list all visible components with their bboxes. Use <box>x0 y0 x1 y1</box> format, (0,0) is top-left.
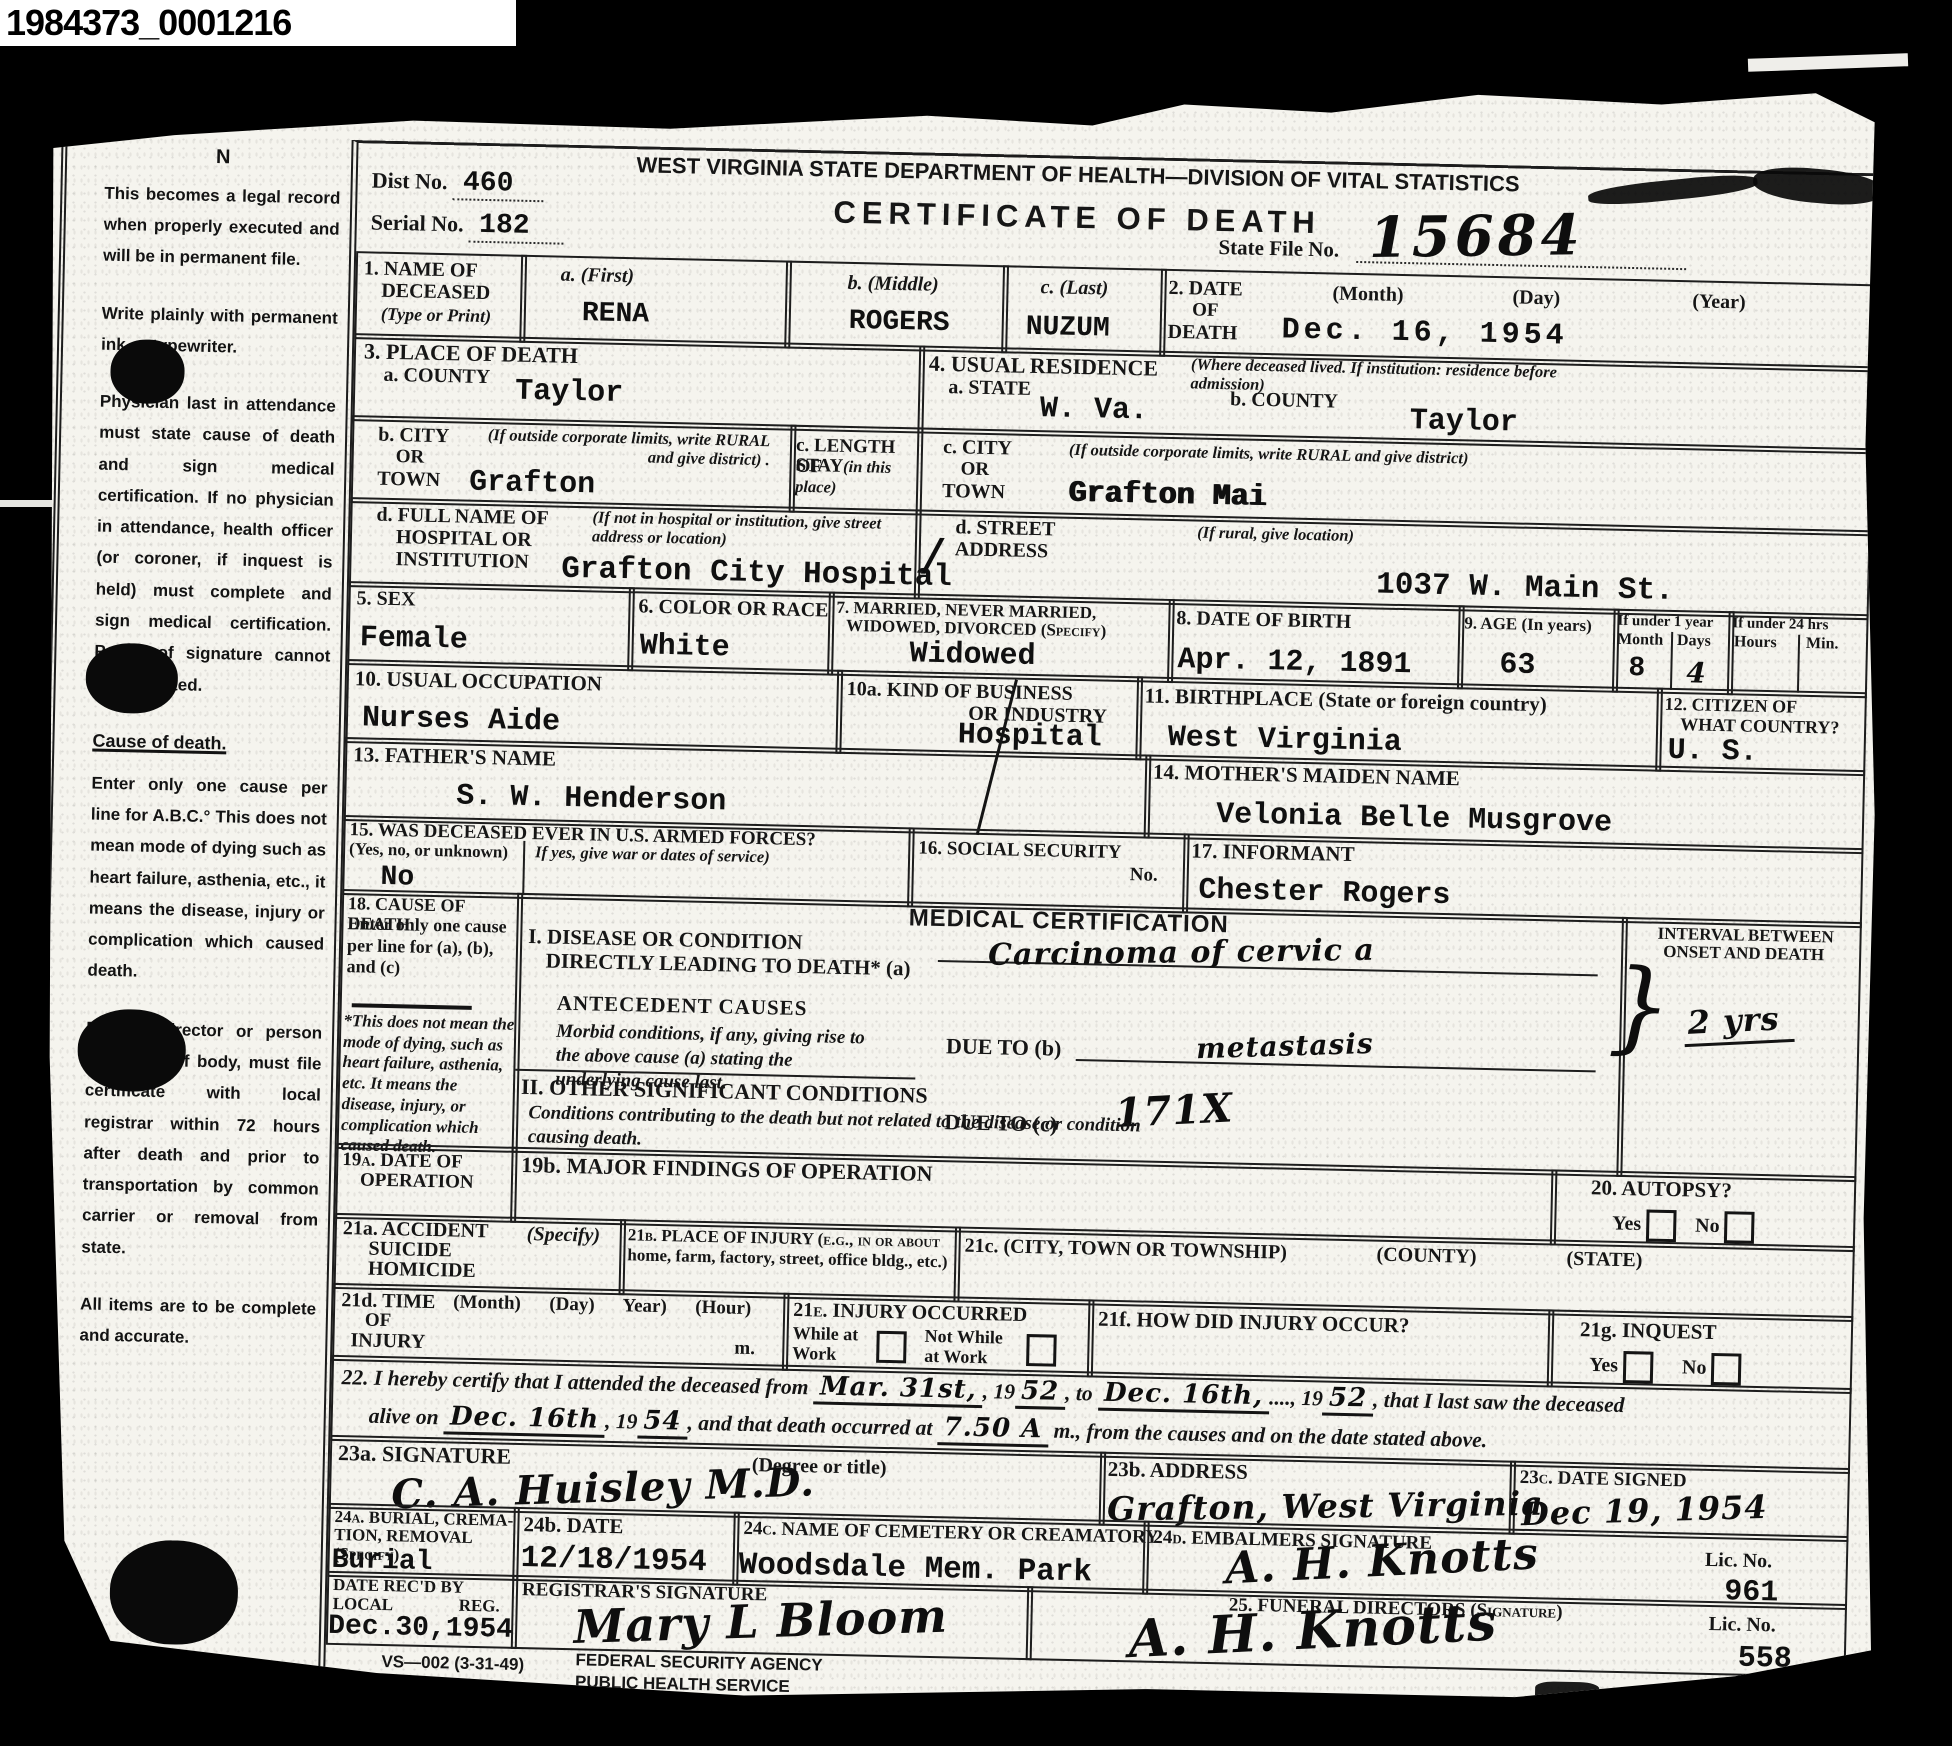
at-work-label: at Work <box>924 1346 988 1368</box>
cell-business: 10a. KIND OF BUSINESS OR INDUSTRY Hospit… <box>835 670 1143 761</box>
residence-state-value: W. Va. <box>1040 392 1149 428</box>
street-label-2: ADDRESS <box>955 538 1049 562</box>
cell-medical-certification: MEDICAL CERTIFICATION I. DISEASE OR COND… <box>512 893 1628 1177</box>
informant-value: Chester Rogers <box>1198 874 1451 913</box>
injury-county-label: (COUNTY) <box>1376 1244 1476 1269</box>
ssn-no-label: No. <box>1130 864 1158 886</box>
autopsy-options: Yes No <box>1612 1209 1755 1244</box>
father-label: 13. FATHER'S NAME <box>353 743 556 771</box>
state-file-no-label: State File No. <box>1218 236 1339 262</box>
business-label-1: 10a. KIND OF BUSINESS <box>847 678 1073 705</box>
last-name-value: NUZUM <box>1025 312 1110 345</box>
cell-cemetery: 24c. NAME OF CEMETERY OR CREAMATORY Wood… <box>732 1512 1150 1595</box>
name-sublabel: (Type or Print) <box>381 304 492 327</box>
accident-label-3: HOMICIDE <box>368 1258 476 1283</box>
race-value: White <box>639 629 730 665</box>
sidebar-cause-note: Enter only one cause per line for A.B.C.… <box>87 767 328 991</box>
scan-artifact-dash <box>0 500 58 507</box>
dist-no: Dist No. 460 <box>371 165 543 200</box>
inquest-options: Yes No <box>1589 1350 1742 1385</box>
date-recd-value: Dec.30,1954 <box>328 1611 513 1646</box>
cell-middle-name: b. (Middle) ROGERS <box>784 261 1009 354</box>
first-name-label: a. (First) <box>560 264 634 288</box>
under1-days-value: 4 <box>1686 656 1707 689</box>
serial-no-value: 182 <box>469 210 564 245</box>
ssn-label: 16. SOCIAL SECURITY <box>918 838 1122 864</box>
antecedent-label: ANTECEDENT CAUSES <box>557 992 808 1021</box>
serial-no: Serial No. 182 <box>370 207 563 243</box>
mother-label: 14. MOTHER'S MAIDEN NAME <box>1153 761 1460 791</box>
funeral-director-lic-value: 558 <box>1737 1642 1792 1677</box>
embalmer-lic-label: Lic. No. <box>1705 1549 1773 1573</box>
sidebar-complete-note: All items are to be complete and accurat… <box>79 1288 316 1356</box>
marital-value: Widowed <box>909 637 1036 674</box>
dod-label-1: 2. DATE <box>1168 277 1243 301</box>
while-at-work-checkbox <box>876 1331 907 1364</box>
street-label-1: d. STREET <box>955 516 1056 541</box>
not-while-label: Not While <box>924 1326 1003 1348</box>
cell-sex: 5. SEX Female <box>347 581 635 671</box>
residence-city-label-3: TOWN <box>942 480 1005 504</box>
armed-forces-value: No <box>380 862 414 894</box>
cod-rule <box>352 1003 472 1010</box>
instructions-sidebar: N This becomes a legal record when prope… <box>79 137 342 1382</box>
under24-min-label: Min. <box>1806 635 1839 654</box>
residence-city-value: Grafton Mai <box>1068 477 1267 515</box>
accident-specify: (Specify) <box>527 1223 601 1247</box>
armed-forces-sub1: (Yes, no, or unknown) <box>349 839 508 861</box>
injury-state-label: (STATE) <box>1566 1248 1642 1272</box>
inquest-yes-label: Yes <box>1589 1354 1618 1377</box>
registrar-signature-value: Mary L Bloom <box>573 1589 949 1654</box>
dod-col-year: (Year) <box>1692 290 1746 314</box>
handwritten-entry: 52 <box>1323 1383 1374 1417</box>
autopsy-no-checkbox <box>1724 1211 1755 1244</box>
sidebar-legal-record-note: This becomes a legal record when properl… <box>103 177 341 276</box>
ink-blot <box>109 1539 239 1646</box>
cell-cause-of-death-instructions: 18. CAUSE OF DEATH Enter only one cause … <box>337 889 524 1153</box>
due-to-b-value: metastasis <box>1196 1027 1374 1065</box>
sex-label: 5. SEX <box>356 587 415 611</box>
inquest-yes-checkbox <box>1623 1351 1654 1384</box>
inquest-no-label: No <box>1658 1355 1707 1378</box>
occupation-value: Nurses Aide <box>362 701 561 739</box>
certificate-title: CERTIFICATE OF DEATH <box>687 192 1468 244</box>
injury-time-m: m. <box>734 1338 755 1360</box>
cod-note-1: Enter only one cause per line for (a), (… <box>346 913 515 981</box>
dist-no-label: Dist No. <box>371 167 447 194</box>
work-label: Work <box>792 1343 836 1364</box>
name-label-2: DECEASED <box>381 280 490 305</box>
certificate-form: Dist No. 460 Serial No. 182 WEST VIRGINI… <box>318 140 1874 1724</box>
handwritten-entry: 52 <box>1015 1376 1066 1410</box>
cell-ssn: 16. SOCIAL SECURITY No. <box>907 827 1190 913</box>
scan-caption-strip: 1984373_0001216 <box>0 0 516 46</box>
cell-date-recd: DATE REC'D BY LOCAL REG. Dec.30,1954 <box>326 1571 519 1649</box>
address-23b-label: 23b. ADDRESS <box>1108 1458 1249 1485</box>
name-label-1: 1. NAME OF <box>364 257 478 282</box>
sex-value: Female <box>359 621 468 657</box>
under1-month-value: 8 <box>1628 653 1645 684</box>
race-label: 6. COLOR OR RACE <box>638 595 828 622</box>
printed-text: m., from the causes and on the date stat… <box>1048 1419 1487 1453</box>
while-at-label: While at <box>792 1323 858 1345</box>
sidebar-cause-heading: Cause of death. <box>92 724 329 762</box>
cell-inquest: 21g. INQUEST Yes No <box>1547 1309 1854 1394</box>
citizen-value: U. S. <box>1667 734 1758 770</box>
pod-city-label-3: TOWN <box>377 468 440 492</box>
residence-city-label-1: c. CITY <box>943 436 1012 460</box>
cell-age: 9. AGE (In years) 63 <box>1457 605 1620 692</box>
cell-last-name: c. (Last) NUZUM <box>1001 265 1167 357</box>
age-label: 9. AGE (In years) <box>1464 613 1592 635</box>
how-injury-label: 21f. HOW DID INJURY OCCUR? <box>1098 1308 1410 1338</box>
interval-label-2: ONSET AND DEATH <box>1663 942 1824 965</box>
father-value: S. W. Henderson <box>456 779 727 819</box>
sidebar-n: N <box>105 137 342 179</box>
hole-punch-blot <box>110 339 185 405</box>
dod-col-month: (Month) <box>1332 282 1404 306</box>
handwritten-entry: 7.50 A <box>937 1412 1048 1447</box>
cell-length-of-stay: c. LENGTH OF STAY(in this place) <box>789 425 924 516</box>
burial-date-label: 24b. DATE <box>523 1513 623 1539</box>
mother-value: Velonia Belle Musgrove <box>1216 798 1613 841</box>
informant-label: 17. INFORMANT <box>1191 840 1355 867</box>
cell-burial-date: 24b. DATE 12/18/1954 <box>512 1507 740 1586</box>
residence-county-label: b. COUNTY <box>1230 388 1338 413</box>
cell-interval: INTERVAL BETWEEN ONSET AND DEATH } 2 yrs <box>1616 917 1862 1182</box>
injury-time-label-3: INJURY <box>350 1329 425 1353</box>
dod-label-3: DEATH <box>1167 321 1237 345</box>
residence-city-label-2: OR <box>960 458 989 480</box>
printed-text: , 19 <box>982 1379 1015 1404</box>
cell-under-1-year: If under 1 year Month Days 8 4 <box>1612 609 1735 696</box>
printed-text: , 19 <box>605 1409 638 1434</box>
ink-blot <box>85 642 179 714</box>
under1-label: If under 1 year <box>1617 613 1713 632</box>
state-file-no-value: 15684 <box>1368 202 1584 271</box>
scan-id: 1984373_0001216 <box>6 2 291 44</box>
street-note: (If rural, give location) <box>1197 524 1354 546</box>
major-findings-label: 19b. MAJOR FINDINGS OF OPERATION <box>521 1153 933 1187</box>
printed-text: , that I last saw the deceased <box>1373 1388 1625 1417</box>
date-signed-label: 23c. DATE SIGNED <box>1519 1467 1686 1492</box>
under1-days-label: Days <box>1677 632 1711 651</box>
printed-text: , to <box>1065 1381 1098 1406</box>
last-name-label: c. (Last) <box>1040 276 1108 300</box>
due-to-b-label: DUE TO (b) <box>946 1034 1062 1061</box>
under24-divider <box>1797 635 1800 693</box>
certificate-paper: N This becomes a legal record when prope… <box>46 90 1882 1702</box>
interval-brace: } <box>1607 947 1674 1065</box>
ink-blot <box>77 1008 187 1092</box>
not-while-at-work-checkbox <box>1026 1334 1057 1367</box>
first-name-value: RENA <box>582 298 650 330</box>
pod-county-label: a. COUNTY <box>383 364 490 389</box>
residence-county-value: Taylor <box>1409 404 1518 440</box>
burial-date-value: 12/18/1954 <box>520 1541 707 1580</box>
under1-month-label: Month <box>1617 631 1664 650</box>
pod-city-label-2: OR <box>395 446 424 468</box>
printed-text: 22. I hereby certify that I attended the… <box>341 1365 814 1399</box>
agency-line-2: PUBLIC HEALTH SERVICE <box>575 1672 790 1696</box>
los-label-2: STAY(in this place) <box>795 455 921 500</box>
middle-name-value: ROGERS <box>848 306 949 339</box>
age-value: 63 <box>1499 648 1536 683</box>
cell-citizen: 12. CITIZEN OF WHAT COUNTRY? U. S. <box>1655 688 1867 777</box>
pod-city-label-1: b. CITY <box>378 424 450 448</box>
cell-color-or-race: 6. COLOR OR RACE White <box>627 587 835 675</box>
autopsy-yes-checkbox <box>1646 1210 1677 1243</box>
funeral-director-lic-label: Lic. No. <box>1708 1613 1776 1637</box>
dod-col-day: (Day) <box>1512 286 1560 309</box>
autopsy-no-label: No <box>1681 1214 1720 1237</box>
tilted-content: N This becomes a legal record when prope… <box>12 89 1886 1729</box>
cell-date-of-birth: 8. DATE OF BIRTH Apr. 12, 1891 <box>1167 599 1465 689</box>
armed-forces-divider <box>522 841 525 895</box>
funeral-director-signature-value: A. H. Knotts <box>1127 1592 1498 1671</box>
autopsy-yes-label: Yes <box>1612 1212 1641 1235</box>
disease-label-2: DIRECTLY LEADING TO DEATH* (a) <box>546 949 911 980</box>
cell-under-24-hrs: If under 24 hrs Hours Min. <box>1727 611 1869 698</box>
injury-city-label: 21c. (CITY, TOWN OR TOWNSHIP) <box>964 1235 1287 1264</box>
footer-smudge <box>1535 1681 1599 1702</box>
birthplace-value: West Virginia <box>1167 721 1402 760</box>
residence-city-note: (If outside corporate limits, write RURA… <box>1069 441 1629 472</box>
injury-occurred-label: 21e. INJURY OCCURRED <box>793 1299 1027 1326</box>
sidebar-permanent-file-text: in permanent file. <box>160 247 301 269</box>
agency-line-1: FEDERAL SECURITY AGENCY <box>575 1650 823 1674</box>
cell-first-name: a. (First) RENA <box>519 255 792 349</box>
handwritten-entry: Dec. 16th <box>444 1401 606 1438</box>
scan-smudge <box>1752 163 1885 209</box>
date-signed-value: Dec 19, 1954 <box>1521 1488 1769 1534</box>
inquest-label: 21g. INQUEST <box>1580 1318 1717 1344</box>
operation-label-2: OPERATION <box>360 1169 474 1193</box>
pod-city-note: (If outside corporate limits, write RURA… <box>470 426 771 470</box>
residence-state-label: a. STATE <box>948 376 1031 400</box>
handwritten-entry: Mar. 31st, <box>813 1371 983 1408</box>
cod-note-2: *This does not mean the mode of dying, s… <box>340 1011 515 1160</box>
page-left-edge-rule <box>29 130 68 1630</box>
handwritten-entry: Dec. 16th, <box>1098 1378 1270 1415</box>
pod-county-value: Taylor <box>515 375 624 411</box>
dod-label-2: OF <box>1192 299 1219 321</box>
dod-value: Dec. 16, 1954 <box>1281 313 1568 353</box>
cell-registrar: REGISTRAR'S SIGNATURE Mary L Bloom <box>511 1575 1033 1660</box>
cell-burial: 24a. BURIAL, CREMA- TION, REMOVAL (Speci… <box>327 1503 520 1581</box>
inquest-no-checkbox <box>1711 1353 1742 1386</box>
cell-name-of-deceased: 1. NAME OF DECEASED (Type or Print) <box>354 251 527 343</box>
serial-no-label: Serial No. <box>371 209 464 236</box>
under24-hours-label: Hours <box>1734 633 1777 652</box>
signature-label: 23a. SIGNATURE <box>338 1441 512 1469</box>
injury-time-cols: (Month) (Day) Year) (Hour) <box>453 1292 751 1320</box>
birthplace-label: 11. BIRTHPLACE (State or foreign country… <box>1144 684 1547 716</box>
interval-value: 2 yrs <box>1683 999 1795 1047</box>
injury-time-label-2: OF <box>365 1310 392 1332</box>
cell-marital-status: 7. MARRIED, NEVER MARRIED, WIDOWED, DIVO… <box>827 592 1175 684</box>
armed-forces-sub2: If yes, give war or dates of service) <box>535 843 770 867</box>
pod-city-value: Grafton <box>469 466 596 503</box>
occupation-label: 10. USUAL OCCUPATION <box>355 667 603 696</box>
autopsy-label: 20. AUTOPSY? <box>1591 1176 1732 1203</box>
cemetery-label: 24c. NAME OF CEMETERY OR CREAMATORY <box>743 1518 1159 1548</box>
handwritten-entry: 54 <box>637 1406 688 1440</box>
street-value: 1037 W. Main St. <box>1376 567 1674 608</box>
printed-text: ...., 19 <box>1269 1385 1323 1410</box>
under1-divider <box>1670 632 1673 690</box>
disease-value: Carcinoma of cervic a <box>988 933 1375 973</box>
form-number: VS—002 (3-31-49) <box>381 1652 524 1674</box>
cell-date-of-operation: 19a. DATE OF OPERATION <box>335 1143 518 1223</box>
los-label-2-text: STAY <box>795 455 843 477</box>
dob-label: 8. DATE OF BIRTH <box>1176 607 1351 633</box>
hospital-label-3: INSTITUTION <box>395 548 529 573</box>
dob-value: Apr. 12, 1891 <box>1177 643 1412 682</box>
scan-artifact-fragment <box>1748 53 1908 72</box>
middle-name-label: b. (Middle) <box>847 272 939 296</box>
printed-text: , and that death occurred at <box>687 1411 938 1440</box>
hospital-note: (If not in hospital or institution, give… <box>592 508 923 553</box>
scanned-death-certificate: 1984373_0001216 N This becomes a legal r… <box>0 0 1952 1746</box>
date-recd-label-2: REG. <box>458 1596 499 1616</box>
under24-label: If under 24 hrs <box>1732 615 1828 634</box>
printed-text: alive on <box>369 1404 445 1430</box>
